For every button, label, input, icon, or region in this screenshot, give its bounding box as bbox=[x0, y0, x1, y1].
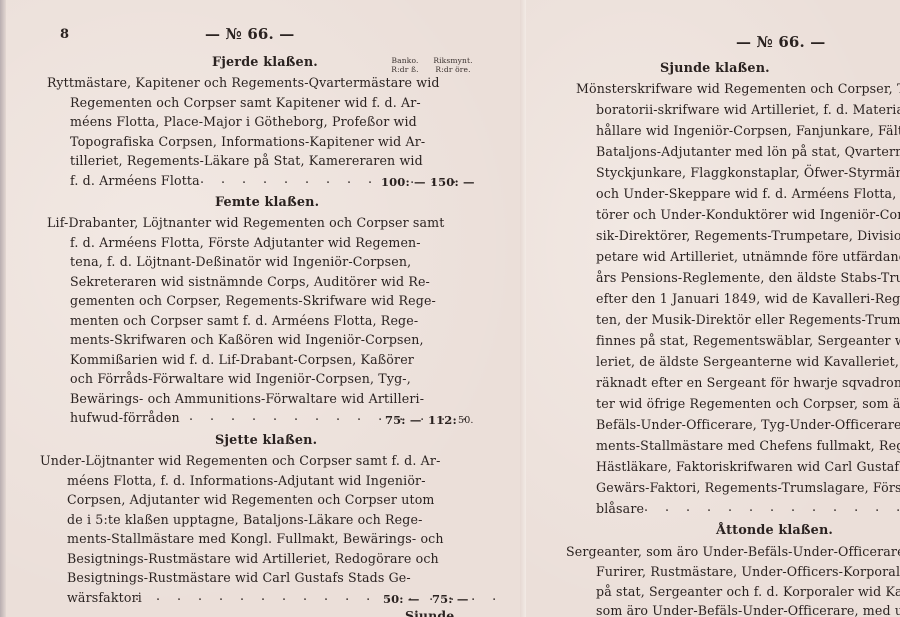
text-line: méens Flotta, f. d. Informations-Adjutan… bbox=[67, 474, 369, 488]
text-line: Kommißarien wid f. d. Lif-Drabant-Corpse… bbox=[70, 353, 369, 367]
text-line: sik-Direktörer, Regements-Trumpetare, Di… bbox=[596, 229, 900, 243]
text-line: gementen och Corpser, Regements-Skrifwar… bbox=[70, 294, 369, 308]
leader-dots: . . . . . . . . . . . . . . . . . . bbox=[644, 500, 900, 514]
column-header-banko: Banko. R:dr ß. bbox=[385, 56, 425, 74]
text-line: méens Flotta, Place-Major i Götheborg, P… bbox=[70, 115, 369, 129]
text-line: hållare wid Ingeniör-Corpsen, Fanjunkare… bbox=[596, 124, 900, 138]
text-line: hufwud-förråden bbox=[70, 411, 180, 425]
text-line: Bewärings- och Ammunitions-Förwaltare wi… bbox=[70, 392, 369, 406]
section-title-fjerde: Fjerde klaßen. bbox=[212, 56, 318, 70]
amount-riksmynt: 150: — bbox=[430, 175, 475, 189]
text-line: törer och Under-Konduktörer wid Ingeniör… bbox=[596, 208, 900, 222]
right-page: — № 66. — Sjunde klaßen. Mönsterskrifwar… bbox=[526, 0, 900, 617]
text-line: års Pensions-Reglemente, den äldste Stab… bbox=[596, 271, 900, 285]
text-line: ter wid öfrige Regementen och Corpser, s… bbox=[596, 397, 900, 411]
text-line: f. d. Arméens Flotta, Förste Adjutanter … bbox=[70, 236, 369, 250]
text-line: Hästläkare, Faktoriskrifwaren wid Carl G… bbox=[596, 460, 900, 474]
page-number: 8 bbox=[60, 28, 69, 42]
text-line: menten och Corpser samt f. d. Arméens Fl… bbox=[70, 314, 369, 328]
text-line: ten, der Musik-Direktör eller Regements-… bbox=[596, 313, 900, 327]
text-line: Regementen och Corpser samt Kapitener wi… bbox=[70, 96, 369, 110]
section-title-sjunde: Sjunde klaßen. bbox=[660, 62, 770, 76]
amount-banko: 50: — bbox=[383, 592, 420, 606]
amount-banko: 100: — bbox=[381, 175, 426, 189]
text-line: Furirer, Rustmästare, Under-Officers-Kor… bbox=[596, 565, 900, 579]
text-line: ments-Stallmästare med Kongl. Fullmakt, … bbox=[67, 532, 369, 546]
text-line: Styckjunkare, Flaggkonstaplar, Öfwer-Sty… bbox=[596, 166, 900, 180]
text-line: Under-Löjtnanter wid Regementen och Corp… bbox=[40, 454, 369, 468]
left-page: 8 — № 66. — Banko. R:dr ß. Riksmynt. R:d… bbox=[0, 0, 526, 617]
amount-riksmynt: 112: bbox=[428, 413, 457, 427]
text-line: blåsare bbox=[596, 502, 644, 516]
text-line: tena, f. d. Löjtnant-Deßinatör wid Ingen… bbox=[70, 255, 369, 269]
column-header-riksmynt: Riksmynt. R:dr öre. bbox=[430, 56, 476, 74]
text-line: boratorii-skrifware wid Artilleriet, f. … bbox=[596, 103, 900, 117]
column-header-riksmynt-line2: R:dr öre. bbox=[430, 65, 476, 74]
section-title-attonde: Åttonde klaßen. bbox=[716, 524, 833, 538]
text-line: som äro Under-Befäls-Under-Officerare, m… bbox=[596, 604, 900, 617]
section-title-sjette: Sjette klaßen. bbox=[215, 434, 317, 448]
column-header-riksmynt-line1: Riksmynt. bbox=[430, 56, 476, 65]
text-line: Bataljons-Adjutanter med lön på stat, Qv… bbox=[596, 145, 900, 159]
text-line: wärsfaktori bbox=[67, 591, 142, 605]
text-line: på stat, Sergeanter och f. d. Korporaler… bbox=[596, 585, 900, 599]
text-line: Sergeanter, som äro Under-Befäls-Under-O… bbox=[566, 545, 900, 559]
page-edge bbox=[0, 0, 6, 617]
text-line: ments-Stallmästare med Chefens fullmakt,… bbox=[596, 439, 900, 453]
text-line: Sekreteraren wid sistnämnde Corps, Audit… bbox=[70, 275, 369, 289]
column-header-banko-line1: Banko. bbox=[385, 56, 425, 65]
text-line: Besigtnings-Rustmästare wid Carl Gustafs… bbox=[67, 571, 369, 585]
leader-dots: . . . . . . . . . . . . . . . bbox=[168, 409, 473, 423]
text-line: f. d. Arméens Flotta bbox=[70, 174, 200, 188]
text-line: Corpsen, Adjutanter wid Regementen och C… bbox=[67, 493, 369, 507]
text-line: och Under-Skeppare wid f. d. Arméens Flo… bbox=[596, 187, 900, 201]
amount-riksmynt-ore: 50. bbox=[458, 414, 474, 428]
text-line: ments-Skrifwaren och Kaßören wid Ingeniö… bbox=[70, 333, 369, 347]
page-header: — № 66. — bbox=[736, 35, 825, 49]
column-header-banko-line2: R:dr ß. bbox=[385, 65, 425, 74]
text-line: Topografiska Corpsen, Informations-Kapit… bbox=[70, 135, 369, 149]
text-line: Lif-Drabanter, Löjtnanter wid Regementen… bbox=[47, 216, 369, 230]
page-header: — № 66. — bbox=[205, 27, 294, 41]
text-line: leriet, de äldste Sergeanterne wid Kaval… bbox=[596, 355, 900, 369]
text-line: och Förråds-Förwaltare wid Ingeniör-Corp… bbox=[70, 372, 369, 386]
text-line: Ryttmästare, Kapitener och Regements-Qva… bbox=[47, 76, 369, 90]
text-line: Befäls-Under-Officerare, Tyg-Under-Offic… bbox=[596, 418, 900, 432]
text-line: de i 5:te klaßen upptagne, Bataljons-Läk… bbox=[67, 513, 369, 527]
amount-banko: 75: — bbox=[385, 413, 422, 427]
text-line: finnes på stat, Regementswäblar, Sergean… bbox=[596, 334, 900, 348]
text-line: räknadt efter en Sergeant för hwarje sqv… bbox=[596, 376, 900, 390]
text-line: tilleriet, Regements-Läkare på Stat, Kam… bbox=[70, 154, 369, 168]
section-title-femte: Femte klaßen. bbox=[215, 196, 319, 210]
text-line: Mönsterskrifware wid Regementen och Corp… bbox=[576, 82, 900, 96]
catchword: Sjunde bbox=[405, 609, 454, 617]
text-line: Besigtnings-Rustmästare wid Artilleriet,… bbox=[67, 552, 369, 566]
text-line: efter den 1 Januari 1849, wid de Kavalle… bbox=[596, 292, 900, 306]
amount-riksmynt: 75: — bbox=[432, 592, 469, 606]
text-line: petare wid Artilleriet, utnämnde före ut… bbox=[596, 250, 900, 264]
text-line: Gewärs-Faktori, Regements-Trumslagare, F… bbox=[596, 481, 900, 495]
